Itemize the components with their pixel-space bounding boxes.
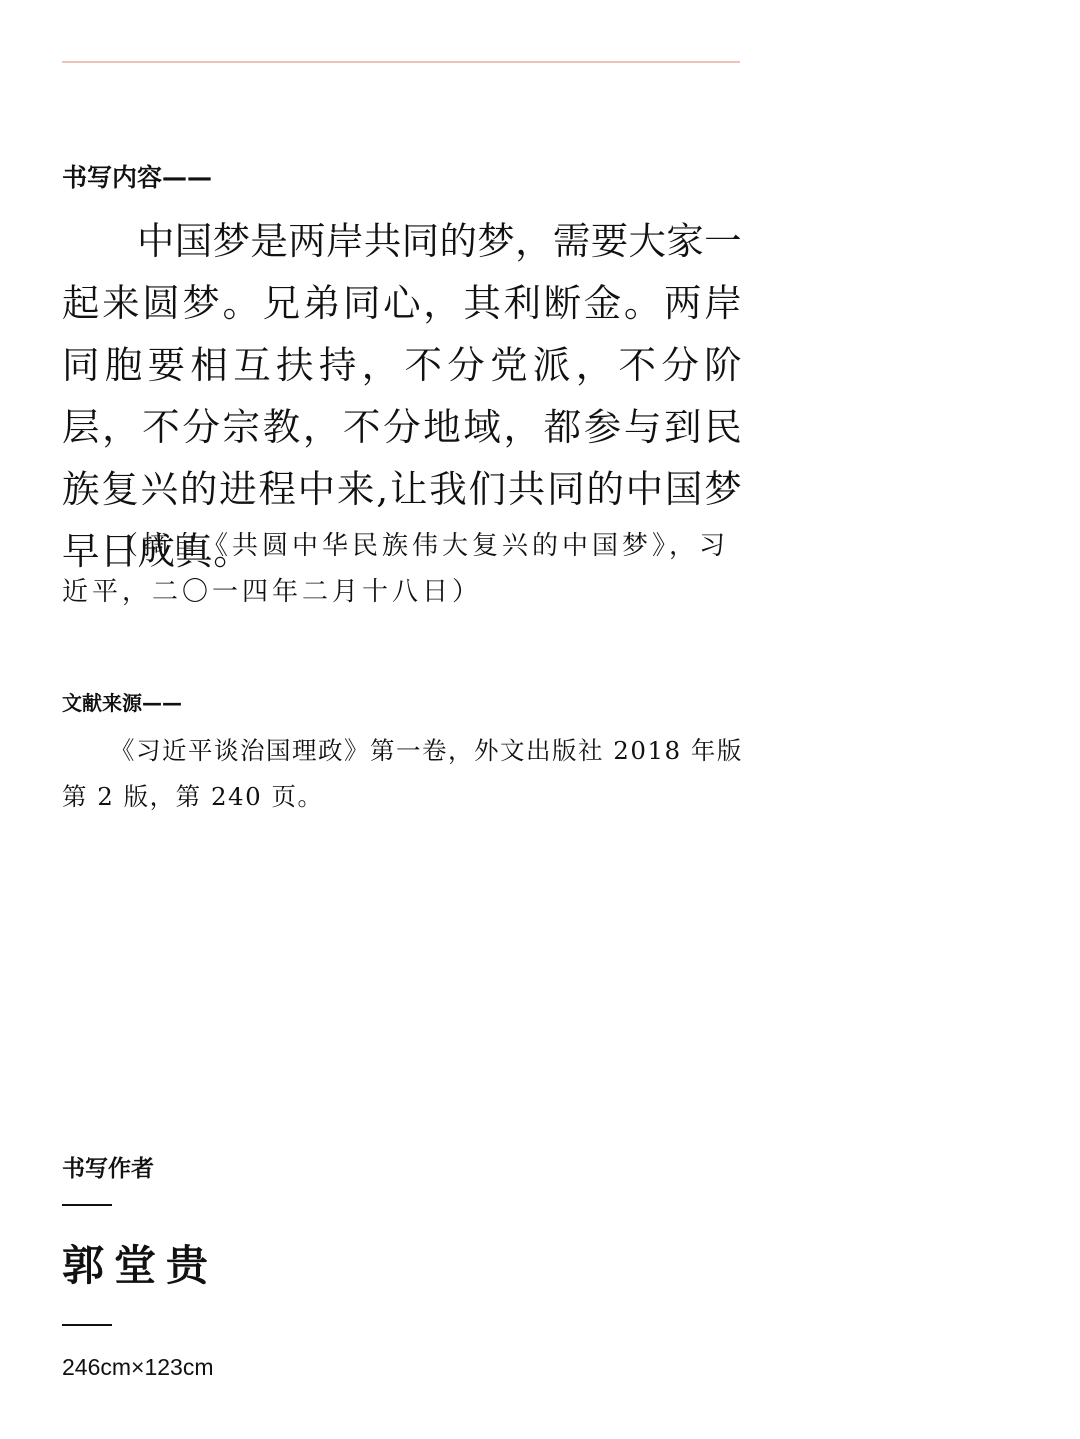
author-name: 郭堂贵 — [62, 1236, 218, 1296]
source-heading: 文献来源—— — [62, 688, 182, 718]
artwork-dimensions: 246cm×123cm — [62, 1352, 214, 1382]
source-reference-text: 《习近平谈治国理政》第一卷，外文出版社 2018 年版第 2 版，第 240 页… — [62, 728, 744, 820]
top-divider — [62, 61, 740, 63]
author-divider-bottom — [62, 1324, 112, 1326]
content-heading: 书写内容—— — [62, 160, 212, 196]
author-divider-top — [62, 1204, 112, 1206]
author-label: 书写作者 — [62, 1152, 154, 1186]
citation-text: （摘自《共圆中华民族伟大复兴的中国梦》，习近平，二〇一四年二月十八日） — [62, 523, 742, 615]
